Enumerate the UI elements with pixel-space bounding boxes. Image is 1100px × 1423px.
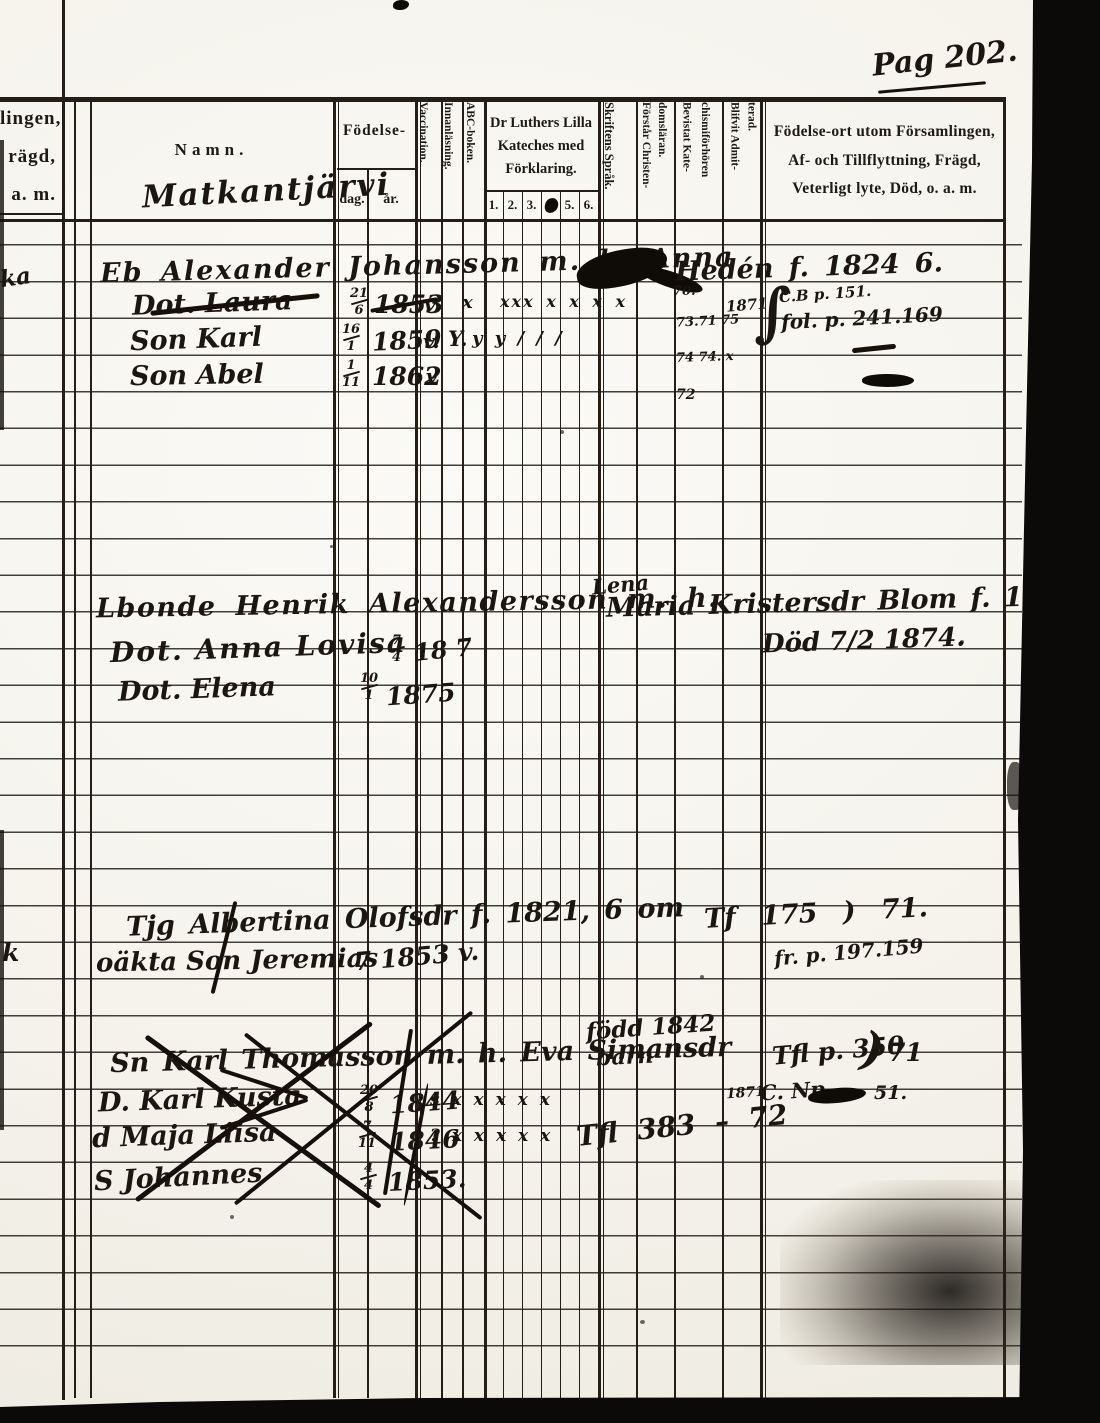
entry1-row3-name: Son Abel bbox=[130, 361, 264, 390]
header-line: Födelse-ort utom Församlingen, bbox=[766, 118, 1003, 147]
table-line bbox=[333, 98, 336, 1398]
entry4-row2-katekes-marks: ? x x x x x bbox=[430, 1128, 550, 1145]
entry1-row1-vaccination-mark: v. bbox=[424, 294, 441, 314]
header-line: Veterligt lyte, Död, o. a. m. bbox=[766, 175, 1003, 204]
scan-edge-bottom bbox=[0, 1397, 1100, 1423]
month: 1 bbox=[347, 340, 356, 353]
speck bbox=[700, 975, 704, 979]
header-line: Förstår Christen- bbox=[638, 102, 654, 222]
prev-page-scribble: ka bbox=[0, 264, 32, 291]
entry1-row2-abc-mark: Y. bbox=[448, 328, 468, 349]
entry1-row1-abc-mark: x bbox=[462, 294, 473, 312]
table-line bbox=[62, 0, 65, 1400]
table-line bbox=[722, 98, 724, 1398]
header-line: Blifvit Admit- bbox=[725, 102, 742, 222]
header-line: chismiförhören bbox=[695, 102, 713, 222]
page-stain bbox=[780, 1180, 1030, 1365]
entry2-row1-birthday: 74 bbox=[388, 634, 405, 664]
entry4-note-ref1-year: 71 bbox=[888, 1040, 923, 1065]
entry4-row3-birthday: 44 bbox=[360, 1162, 377, 1192]
month: 4 bbox=[392, 651, 401, 664]
edge-shadow bbox=[0, 830, 4, 1130]
column-header-abc-boken: ABC-boken. bbox=[464, 102, 484, 220]
column-header-dag: dag. bbox=[337, 192, 367, 208]
entry2-row2-name: Dot. Elena bbox=[118, 673, 277, 705]
month: 4 bbox=[364, 1179, 373, 1192]
entry2-row2-birthday: 101 bbox=[360, 672, 378, 702]
column-header-fodelse: Födelse- bbox=[334, 122, 415, 140]
prev-page-scribble: k bbox=[2, 940, 19, 965]
page-number-underline bbox=[878, 81, 986, 93]
speck bbox=[960, 640, 964, 644]
entry1-row2-vaccination-mark: v. bbox=[423, 331, 440, 351]
table-line bbox=[522, 190, 523, 1398]
table-line bbox=[560, 190, 561, 1398]
entry4-row1-katekes-marks: s x x x x x bbox=[430, 1092, 550, 1109]
speck bbox=[640, 1320, 645, 1324]
entry3-row1-name: oäkta Son Jeremias bbox=[96, 946, 379, 977]
katekes-col-5: 5. bbox=[560, 197, 579, 213]
column-header-skriftens-sprak: Skriftens Språk. bbox=[601, 102, 636, 222]
entry1-bevistat-mark: 73.71 75 bbox=[676, 313, 740, 329]
month: 11 bbox=[358, 1137, 376, 1150]
header-line: domsläran. bbox=[654, 102, 670, 222]
table-line bbox=[338, 98, 339, 1398]
katekes-col-6: 6. bbox=[579, 197, 598, 213]
table-line bbox=[541, 190, 542, 1398]
katekes-line: Dr Luthers Lilla bbox=[484, 112, 598, 135]
entry2-row1-birthyear: 18 7 bbox=[413, 635, 474, 665]
entry4-head-tail: barn bbox=[595, 1045, 653, 1070]
speck bbox=[560, 430, 564, 434]
ink-mark bbox=[393, 0, 409, 10]
entry2-row2-birthyear: 1875 bbox=[385, 680, 456, 710]
column-header-ar: år. bbox=[367, 192, 415, 208]
entry1-row3-birthday: 111 bbox=[342, 359, 360, 389]
scanned-ledger-page: lingen, rägd, a. m. ka k Pag 202. Namn. … bbox=[0, 0, 1100, 1423]
entry1-row2-name: Son Karl bbox=[130, 324, 263, 356]
month: 11 bbox=[342, 376, 360, 389]
entry1-row1-katekes-marks: xxx x x x x bbox=[500, 294, 627, 310]
month: 8 bbox=[365, 1101, 374, 1114]
katekes-col-2: 2. bbox=[503, 197, 522, 213]
page-number: Pag 202. bbox=[871, 36, 1019, 81]
table-line bbox=[90, 98, 92, 1398]
entry4-note2-page: 51. bbox=[874, 1084, 907, 1103]
entry4-row3-birthyear: 1853. bbox=[387, 1166, 466, 1195]
entry4-row2-name: d Maja Liisa bbox=[92, 1119, 277, 1152]
column-header-innanlasning: Innanläsning. bbox=[442, 102, 462, 220]
katekes-col-3: 3. bbox=[522, 197, 541, 213]
table-line bbox=[579, 190, 580, 1398]
column-header-bevistat-katechismiforhoren: Bevistat Kate- chismiförhören bbox=[677, 102, 721, 222]
entry1-bevistat-mark: 72 bbox=[676, 388, 695, 402]
katekes-col-1: 1. bbox=[484, 197, 503, 213]
edge-shadow bbox=[0, 140, 4, 430]
table-line bbox=[503, 190, 504, 1398]
table-line bbox=[367, 168, 369, 1398]
day: 4 bbox=[364, 1162, 373, 1175]
entry1-bevistat-mark: 74 74. x bbox=[676, 350, 734, 365]
katekes-line: Kateches med bbox=[484, 135, 598, 158]
table-line bbox=[484, 190, 598, 192]
table-line bbox=[484, 98, 487, 1398]
day: 1 bbox=[347, 359, 356, 372]
speck bbox=[330, 545, 333, 548]
header-line: terad. bbox=[742, 102, 759, 222]
month: 6 bbox=[355, 304, 364, 317]
katekes-line: Förklaring. bbox=[484, 158, 598, 181]
prev-page-fragment: a. m. bbox=[0, 184, 56, 206]
table-top-border bbox=[0, 97, 1006, 102]
column-header-forstar-christendomslaran: Förstår Christen- domsläran. bbox=[638, 102, 674, 222]
header-bottom-border bbox=[0, 219, 1006, 222]
entry1-row2-katekes-marks: y y / / / bbox=[472, 330, 562, 348]
table-line bbox=[74, 98, 76, 1398]
entry1-row3-vaccination-mark: v bbox=[426, 366, 438, 386]
table-line bbox=[0, 213, 62, 215]
day: 7 bbox=[392, 634, 401, 647]
prev-page-fragment: rägd, bbox=[0, 146, 56, 168]
column-header-katekes: Dr Luthers Lilla Kateches med Förklaring… bbox=[484, 112, 598, 182]
header-line: Bevistat Kate- bbox=[677, 102, 695, 222]
entry1-row1-birthday: 216 bbox=[350, 287, 368, 317]
column-header-blifvit-admitterad: Blifvit Admit- terad. bbox=[725, 102, 759, 222]
column-header-fodelseort: Födelse-ort utom Församlingen, Af- och T… bbox=[766, 118, 1003, 204]
month: 1 bbox=[365, 689, 374, 702]
entry1-row2-birthday: 161 bbox=[342, 323, 360, 353]
column-header-vaccination: Vaccination. bbox=[417, 102, 441, 220]
speck bbox=[230, 1215, 234, 1219]
entry2-death-note: Död 7/2 1874. bbox=[762, 624, 966, 657]
header-line: Af- och Tillflyttning, Frägd, bbox=[766, 147, 1003, 176]
entry1-bevistat-mark: 70. bbox=[673, 285, 696, 298]
column-header-namn: Namn. bbox=[90, 140, 333, 160]
prev-page-fragment: lingen, bbox=[0, 108, 56, 130]
table-line bbox=[636, 98, 638, 1398]
